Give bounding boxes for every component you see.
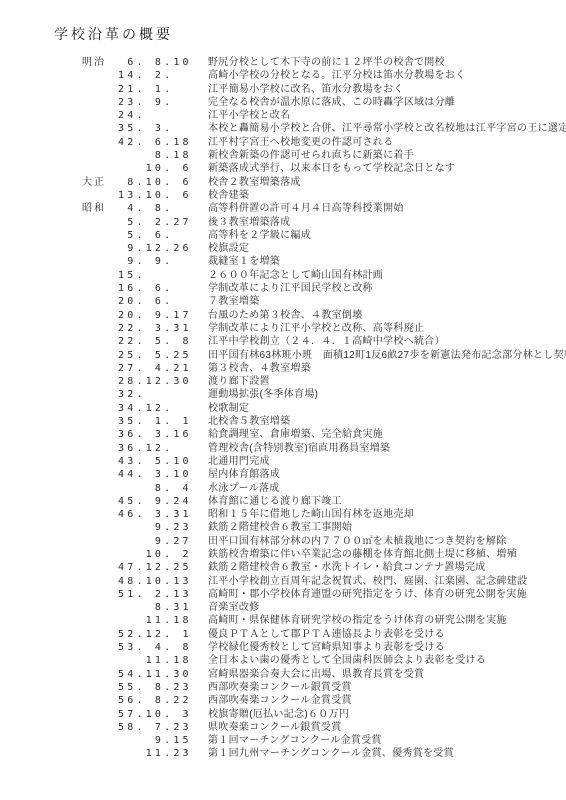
date-label: 15.	[118, 269, 202, 282]
timeline-row: 11.18 全日本よい歯の優秀として全国歯科医師会より表彰を受ける	[0, 654, 566, 667]
event-text: 新校舎新築の件認可せられ直ちに新築に着手	[208, 149, 414, 162]
date-label: 25. 5.25	[118, 349, 202, 362]
event-text: 校舎２教室増築落成	[208, 176, 301, 189]
date-label: 48.10.13	[118, 575, 202, 588]
date-label: 16. 6.	[118, 282, 202, 295]
era-label: 明治	[82, 56, 118, 69]
timeline-row: 10. 2 鉄筋校舎増築に伴い卒業記念の藤棚を体育館北側土堤に移植、増殖	[0, 548, 566, 561]
date-label: 10. 2	[118, 548, 202, 561]
date-label: 52.12. 1	[118, 628, 202, 641]
timeline-row: 24. 江平小学校と改名	[0, 109, 566, 122]
timeline-row: 36.12. 管理校舎(含特別教室)宿直用務員室増築	[0, 442, 566, 455]
date-label: 11.23	[118, 747, 202, 760]
timeline-row: 42. 6.18 江平村字宮王へ校地変更の件認可される	[0, 136, 566, 149]
timeline-row: 22. 3.31 学制改革により江平小学校と改称、高等科廃止	[0, 322, 566, 335]
event-text: 校旗設定	[208, 242, 249, 255]
timeline-row: 20. 9.17 台風のため第３校舎、４教室倒壊	[0, 309, 566, 322]
event-text: 田平国有林63林班小班 面積12町1反6畝27歩を新憲法発布記念部分林とし契約	[208, 349, 566, 362]
event-text: 高等科を２学級に編成	[208, 229, 311, 242]
date-label: 35. 3.	[118, 122, 202, 135]
event-text: 鉄筋校舎増築に伴い卒業記念の藤棚を体育館北側土堤に移植、増殖	[208, 548, 517, 561]
date-label: 13.10. 6	[118, 189, 202, 202]
event-text: 高崎町・県保健体育研究学校の指定をうけ体育の研究公開を実施	[208, 614, 507, 627]
date-label: 43. 5.10	[118, 455, 202, 468]
event-text: 鉄筋２階建校舎６教室・水洗トイレ・給食コンテナ置場完成	[208, 561, 486, 574]
event-text: 校歌制定	[208, 402, 249, 415]
date-label: 22. 5. 8	[118, 335, 202, 348]
event-text: 江平村字宮王へ校地変更の件認可される	[208, 136, 393, 149]
date-label: 53. 4. 8	[118, 641, 202, 654]
date-label: 57.10. 3	[118, 708, 202, 721]
date-label: 8.18	[118, 149, 202, 162]
event-text: 鉄筋２階建校舎６教室工事開始	[208, 521, 352, 534]
timeline-row: 56. 8.22 西部吹奏楽コンクール金賞受賞	[0, 694, 566, 707]
event-text: 運動場拡張(冬季体育場)	[208, 388, 318, 401]
date-label: 20. 9.17	[118, 309, 202, 322]
timeline-row: 46. 3.31 昭和１５年に借地した崎山国有林を返地売却	[0, 508, 566, 521]
timeline-row: 27. 4.21 第３校舎、４教室増築	[0, 362, 566, 375]
timeline-row: 45. 9.24 体育館に通じる渡り廊下竣工	[0, 495, 566, 508]
timeline-row: 13.10. 6 校舎建築	[0, 189, 566, 202]
event-text: 給食調理室、倉庫増築、完全給食実施	[208, 428, 383, 441]
event-text: 完全なる校舎が温水原に落成、この時轟学区域は分離	[208, 96, 455, 109]
event-text: 管理校舎(含特別教室)宿直用務員室増築	[208, 442, 390, 455]
date-label: 24.	[118, 109, 202, 122]
date-label: 42. 6.18	[118, 136, 202, 149]
event-text: 江平小学校と改名	[208, 109, 290, 122]
date-label: 54.11.30	[118, 668, 202, 681]
timeline-row: 11.23 第１回九州マーチングコンクール金賞、優秀賞を受賞	[0, 747, 566, 760]
date-label: 51. 2.13	[118, 588, 202, 601]
timeline-row: 8. 4 水泳プール落成	[0, 482, 566, 495]
event-text: 第１回九州マーチングコンクール金賞、優秀賞を受賞	[208, 747, 454, 760]
event-text: 西部吹奏楽コンクール金賞受賞	[208, 694, 352, 707]
timeline-row: 11.18 高崎町・県保健体育研究学校の指定をうけ体育の研究公開を実施	[0, 614, 566, 627]
timeline-row: 36. 3.16 給食調理室、倉庫増築、完全給食実施	[0, 428, 566, 441]
timeline-row: 16. 6. 学制改革により江平国民学校と改称	[0, 282, 566, 295]
event-text: 昭和１５年に借地した崎山国有林を返地売却	[208, 508, 414, 521]
date-label: 32.	[118, 388, 202, 401]
timeline-row: 14. 2. 高崎小学校の分校となる。江平分校は笛水分教場をおく	[0, 69, 566, 82]
date-label: 14. 2.	[118, 69, 202, 82]
event-text: 全日本よい歯の優秀として全国歯科医師会より表彰を受ける	[208, 654, 486, 667]
date-label: 36. 3.16	[118, 428, 202, 441]
event-text: 学校緑化優秀校として宮崎県知事より表彰を受ける	[208, 641, 445, 654]
event-text: 北校舎５教室増築	[208, 415, 290, 428]
date-label: 47.12.25	[118, 561, 202, 574]
event-text: 新築落成式挙行、以来本日をもって学校記念日となす	[208, 162, 455, 175]
event-text: 北通用門完成	[208, 455, 270, 468]
page-title: 学校沿革の概要	[54, 24, 173, 44]
event-text: 本校と轟簡易小学校と合併、江平尋常小学校と改名校地は江平字宮の王に選定	[208, 122, 566, 135]
event-text: 水泳プール落成	[208, 482, 280, 495]
event-text: 高等科併置の許可４月４日高等科授業開始	[208, 202, 404, 215]
timeline-row: 34.12. 校歌制定	[0, 402, 566, 415]
timeline-row: 9.15 第１回マーチングコンクール金賞受賞	[0, 734, 566, 747]
timeline-row: 8.18 新校舎新築の件認可せられ直ちに新築に着手	[0, 149, 566, 162]
timeline-row: 53. 4. 8 学校緑化優秀校として宮崎県知事より表彰を受ける	[0, 641, 566, 654]
timeline-row: 昭和 4. 8. 高等科併置の許可４月４日高等科授業開始	[0, 202, 566, 215]
timeline-row: 44. 3.10 屋内体育館落成	[0, 468, 566, 481]
date-label: 44. 3.10	[118, 468, 202, 481]
timeline-row: 23. 9. 完全なる校舎が温水原に落成、この時轟学区域は分離	[0, 96, 566, 109]
timeline-row: 21. 1. 江平簡易小学校に改名、笛水分教場をおく	[0, 83, 566, 96]
timeline-row: 8.31 音楽室改修	[0, 601, 566, 614]
date-label: 45. 9.24	[118, 495, 202, 508]
timeline-row: 57.10. 3 校旗寄贈(厄払い記念)６０万円	[0, 708, 566, 721]
event-text: 後３教室増築落成	[208, 216, 290, 229]
era-label: 大正	[82, 176, 118, 189]
timeline-row: 28.12.30 渡り廊下設置	[0, 375, 566, 388]
event-text: 江平簡易小学校に改名、笛水分教場をおく	[208, 83, 404, 96]
timeline-row: 15. ２６００年記念として崎山国有林計画	[0, 269, 566, 282]
date-label: 9.15	[118, 734, 202, 747]
timeline-row: 35. 3. 本校と轟簡易小学校と合併、江平尋常小学校と改名校地は江平字宮の王に…	[0, 122, 566, 135]
date-label: 9. 9.	[118, 255, 202, 268]
timeline-row: 5. 2.27 後３教室増築落成	[0, 216, 566, 229]
timeline-row: 9.12.26 校旗設定	[0, 242, 566, 255]
date-label: 8.31	[118, 601, 202, 614]
event-text: 裁縫室１を増築	[208, 255, 280, 268]
document-page: 学校沿革の概要 明治 6. 8.10 野尻分校として木下寺の前に１２坪半の校舎で…	[0, 0, 566, 800]
date-label: 11.18	[118, 614, 202, 627]
date-label: 27. 4.21	[118, 362, 202, 375]
timeline-row: 43. 5.10 北通用門完成	[0, 455, 566, 468]
timeline-row: 52.12. 1 優良ＰＴＡとして郡ＰＴＡ連協長より表彰を受ける	[0, 628, 566, 641]
date-label: 5. 2.27	[118, 216, 202, 229]
event-text: 体育館に通じる渡り廊下竣工	[208, 495, 342, 508]
date-label: 9.23	[118, 521, 202, 534]
date-label: 11.18	[118, 654, 202, 667]
date-label: 8.10. 6	[118, 176, 202, 189]
event-text: 学制改革により江平国民学校と改称	[208, 282, 373, 295]
timeline-row: 54.11.30 宮崎県器楽合奏大会に出場、県教育長賞を受賞	[0, 668, 566, 681]
date-label: 5. 6.	[118, 229, 202, 242]
event-text: 第３校舎、４教室増築	[208, 362, 311, 375]
date-label: 55. 8.23	[118, 681, 202, 694]
date-label: 10. 6	[118, 162, 202, 175]
date-label: 20. 6.	[118, 295, 202, 308]
event-text: 音楽室改修	[208, 601, 260, 614]
date-label: 28.12.30	[118, 375, 202, 388]
date-label: 4. 8.	[118, 202, 202, 215]
timeline-rows: 明治 6. 8.10 野尻分校として木下寺の前に１２坪半の校舎で開校 14. 2…	[0, 56, 566, 761]
timeline-row: 51. 2.13 高崎町・郡小学校体育連盟の研究指定をうけ、体育の研究公開を実施	[0, 588, 566, 601]
era-label: 昭和	[82, 202, 118, 215]
timeline-row: 47.12.25 鉄筋２階建校舎６教室・水洗トイレ・給食コンテナ置場完成	[0, 561, 566, 574]
event-text: 渡り廊下設置	[208, 375, 270, 388]
event-text: 江平中学校創立（２４．４．１高崎中学校へ統合）	[208, 335, 445, 348]
event-text: 高崎町・郡小学校体育連盟の研究指定をうけ、体育の研究公開を実施	[208, 588, 527, 601]
event-text: 高崎小学校の分校となる。江平分校は笛水分教場をおく	[208, 69, 466, 82]
timeline-row: 10. 6 新築落成式挙行、以来本日をもって学校記念日となす	[0, 162, 566, 175]
event-text: 校舎建築	[208, 189, 249, 202]
event-text: 学制改革により江平小学校と改称、高等科廃止	[208, 322, 424, 335]
event-text: 宮崎県器楽合奏大会に出場、県教育長賞を受賞	[208, 668, 424, 681]
timeline-row: 9.23 鉄筋２階建校舎６教室工事開始	[0, 521, 566, 534]
event-text: 優良ＰＴＡとして郡ＰＴＡ連協長より表彰を受ける	[208, 628, 445, 641]
date-label: 56. 8.22	[118, 694, 202, 707]
date-label: 8. 4	[118, 482, 202, 495]
timeline-row: 48.10.13 江平小学校創立百周年記念祝賀式、校門、庭園、江楽園、記念碑建設	[0, 575, 566, 588]
timeline-row: 22. 5. 8 江平中学校創立（２４．４．１高崎中学校へ統合）	[0, 335, 566, 348]
date-label: 58. 7.23	[118, 721, 202, 734]
event-text: 校旗寄贈(厄払い記念)６０万円	[208, 708, 349, 721]
event-text: 野尻分校として木下寺の前に１２坪半の校舎で開校	[208, 56, 445, 69]
timeline-row: 20. 6. ７教室増築	[0, 295, 566, 308]
date-label: 6. 8.10	[118, 56, 202, 69]
timeline-row: 25. 5.25 田平国有林63林班小班 面積12町1反6畝27歩を新憲法発布記…	[0, 349, 566, 362]
event-text: 西部吹奏楽コンクール銀賞受賞	[208, 681, 352, 694]
timeline-row: 明治 6. 8.10 野尻分校として木下寺の前に１２坪半の校舎で開校	[0, 56, 566, 69]
timeline-row: 5. 6. 高等科を２学級に編成	[0, 229, 566, 242]
date-label: 23. 9.	[118, 96, 202, 109]
timeline-row: 9. 9. 裁縫室１を増築	[0, 255, 566, 268]
event-text: ７教室増築	[208, 295, 260, 308]
date-label: 35. 1. 1	[118, 415, 202, 428]
event-text: 田平口国有林部分林の内７７００㎡を未植栽地につき契約を解除	[208, 535, 507, 548]
event-text: 県吹奏楽コンクール銀賞受賞	[208, 721, 342, 734]
event-text: 江平小学校創立百周年記念祝賀式、校門、庭園、江楽園、記念碑建設	[208, 575, 527, 588]
timeline-row: 58. 7.23 県吹奏楽コンクール銀賞受賞	[0, 721, 566, 734]
date-label: 9.27	[118, 535, 202, 548]
event-text: ２６００年記念として崎山国有林計画	[208, 269, 383, 282]
date-label: 34.12.	[118, 402, 202, 415]
timeline-row: 55. 8.23 西部吹奏楽コンクール銀賞受賞	[0, 681, 566, 694]
event-text: 屋内体育館落成	[208, 468, 280, 481]
date-label: 21. 1.	[118, 83, 202, 96]
date-label: 22. 3.31	[118, 322, 202, 335]
timeline-row: 大正 8.10. 6 校舎２教室増築落成	[0, 176, 566, 189]
timeline-row: 35. 1. 1 北校舎５教室増築	[0, 415, 566, 428]
event-text: 台風のため第３校舎、４教室倒壊	[208, 309, 363, 322]
timeline-row: 32. 運動場拡張(冬季体育場)	[0, 388, 566, 401]
timeline-row: 9.27 田平口国有林部分林の内７７００㎡を未植栽地につき契約を解除	[0, 535, 566, 548]
date-label: 46. 3.31	[118, 508, 202, 521]
date-label: 9.12.26	[118, 242, 202, 255]
event-text: 第１回マーチングコンクール金賞受賞	[208, 734, 382, 747]
date-label: 36.12.	[118, 442, 202, 455]
